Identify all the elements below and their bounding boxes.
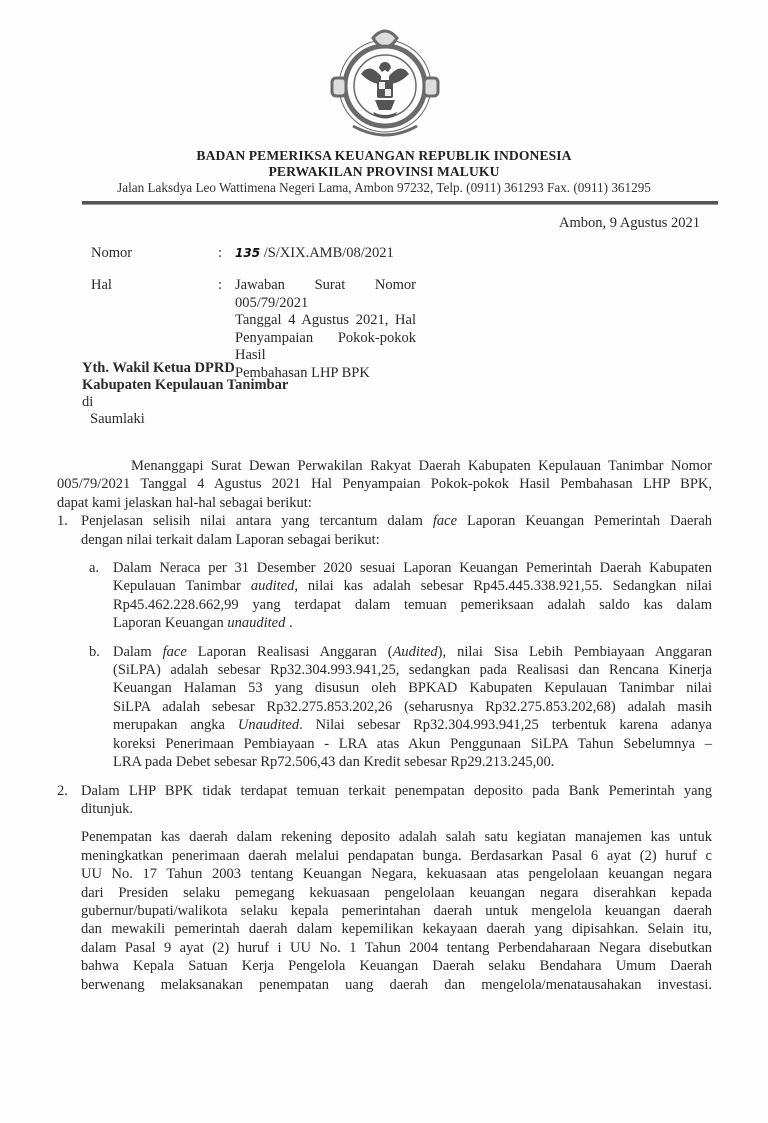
text-line: meningkatkan penerimaan daerah melalui p…	[81, 847, 712, 865]
letter-date: Ambon, 9 Agustus 2021	[559, 215, 700, 232]
text-line: Kepulauan Tanimbar audited, nilai kas ad…	[113, 577, 712, 595]
item-2-paragraph: Penempatan kas daerah dalam rekening dep…	[57, 828, 712, 994]
text-line: berwenang melaksanakan penempatan uang d…	[81, 976, 712, 994]
nomor-suffix: /S/XIX.AMB/08/2021	[264, 245, 394, 261]
handwritten-number: 135	[235, 246, 260, 260]
hal-line: Tanggal 4 Agustus 2021, Hal	[235, 312, 416, 330]
text-line: dengan nilai terkait dalam Laporan sebag…	[81, 531, 712, 549]
list-number: 2.	[57, 782, 68, 800]
addressee-city: Saumlaki	[82, 411, 288, 428]
text-line: gubernur/bupati/walikota selaku kepala p…	[81, 902, 712, 920]
text-line: Dalam face Laporan Realisasi Anggaran (A…	[113, 643, 712, 661]
letter-body: Menanggapi Surat Dewan Perwakilan Rakyat…	[57, 457, 712, 994]
text-line: dari Presiden selaku pemegang kekuasaan …	[81, 884, 712, 902]
nomor-value: 135 /S/XIX.AMB/08/2021	[235, 245, 394, 262]
text-line: Dalam Neraca per 31 Desember 2020 sesuai…	[113, 559, 712, 577]
letterhead-divider	[82, 201, 718, 205]
text-line: merupakan angka Unaudited. Nilai sebesar…	[113, 716, 712, 734]
list-item-1: 1. Penjelasan selisih nilai antara yang …	[57, 512, 712, 549]
nomor-colon: :	[218, 245, 222, 262]
sub-item-a: a. Dalam Neraca per 31 Desember 2020 ses…	[57, 559, 712, 633]
org-branch: PERWAKILAN PROVINSI MALUKU	[0, 164, 768, 180]
text-line: dan mewakili pemerintah daerah dalam kep…	[81, 920, 712, 938]
hal-line: Jawaban Surat Nomor 005/79/2021	[235, 277, 416, 312]
text-line: (SiLPA) adalah sebesar Rp32.304.993.941,…	[113, 661, 712, 679]
sub-item-b: b. Dalam face Laporan Realisasi Anggaran…	[57, 643, 712, 772]
text-line: SiLPA adalah sebesar Rp32.275.853.202,26…	[113, 698, 712, 716]
hal-label: Hal	[91, 277, 112, 294]
text-line: dapat kami jelaskan hal-hal sebagai beri…	[57, 494, 712, 512]
text-line: Menanggapi Surat Dewan Perwakilan Rakyat…	[57, 457, 712, 475]
org-name: BADAN PEMERIKSA KEUANGAN REPUBLIK INDONE…	[0, 148, 768, 164]
org-address: Jalan Laksdya Leo Wattimena Negeri Lama,…	[0, 180, 768, 196]
bpk-garuda-emblem-icon	[325, 22, 445, 140]
text-line: Rp45.462.228.662,99 yang terdapat dalam …	[113, 596, 712, 614]
text-line: koreksi Penerimaan Pembiayaan - LRA atas…	[113, 735, 712, 753]
addressee-block: Yth. Wakil Ketua DPRD Kabupaten Kepulaua…	[82, 360, 288, 428]
text-line: Dalam LHP BPK tidak terdapat temuan terk…	[81, 782, 712, 800]
list-item-2: 2. Dalam LHP BPK tidak terdapat temuan t…	[57, 782, 712, 819]
text-line: 005/79/2021 Tanggal 4 Agustus 2021 Hal P…	[57, 475, 712, 493]
hal-colon: :	[218, 277, 222, 294]
text-line: LRA pada Debet sebesar Rp72.506,43 dan K…	[113, 753, 712, 771]
addressee-title: Yth. Wakil Ketua DPRD	[82, 360, 288, 377]
text-line: Penempatan kas daerah dalam rekening dep…	[81, 828, 712, 846]
addressee-di: di	[82, 394, 288, 411]
intro-paragraph: Menanggapi Surat Dewan Perwakilan Rakyat…	[57, 457, 712, 512]
text-line: Laporan Keuangan unaudited .	[113, 614, 712, 632]
text-line: dalam Pasal 9 ayat (2) huruf i UU No. 1 …	[81, 939, 712, 957]
nomor-label: Nomor	[91, 245, 132, 262]
text-line: UU No. 17 Tahun 2003 tentang Keuangan Ne…	[81, 865, 712, 883]
sub-letter: b.	[89, 643, 100, 661]
text-line: ditunjuk.	[81, 800, 712, 818]
text-line: bahwa Kepala Satuan Kerja Pengelola Keua…	[81, 957, 712, 975]
text-line: Keuangan Halaman 53 yang disusun oleh BP…	[113, 679, 712, 697]
sub-letter: a.	[89, 559, 99, 577]
text-line: Penjelasan selisih nilai antara yang ter…	[81, 512, 712, 530]
addressee-region: Kabupaten Kepulauan Tanimbar	[82, 377, 288, 394]
list-number: 1.	[57, 512, 68, 530]
